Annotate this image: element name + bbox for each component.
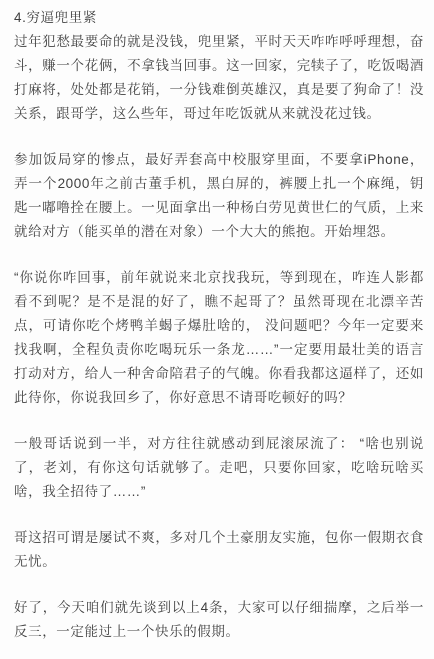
article-section-title: 4.穷逼兜里紧 [14, 6, 424, 30]
article-page: 4.穷逼兜里紧 过年犯愁最要命的就是没钱，兜里紧，平时天天咋咋呼呼理想，奋斗，赚… [0, 0, 434, 659]
paragraph: “你说你咋回事，前年就说来北京找我玩，等到现在，咋连人影都看不到呢？是不是混的好… [14, 266, 424, 410]
paragraph: 参加饭局穿的惨点，最好弄套高中校服穿里面，不要拿iPhone，弄一个2000年之… [14, 148, 424, 244]
paragraph: 一般哥话说到一半，对方往往就感动到屁滚尿流了： “啥也别说了，老刘，有你这句话就… [14, 432, 424, 504]
paragraph: 好了，今天咱们就先谈到以上4条，大家可以仔细揣摩，之后举一反三，一定能过上一个快… [14, 596, 424, 644]
paragraph: 过年犯愁最要命的就是没钱，兜里紧，平时天天咋咋呼呼理想，奋斗，赚一个花俩，不拿钱… [14, 30, 424, 126]
paragraph: 哥这招可谓是屡试不爽，多对几个土豪朋友实施，包你一假期衣食无忧。 [14, 526, 424, 574]
